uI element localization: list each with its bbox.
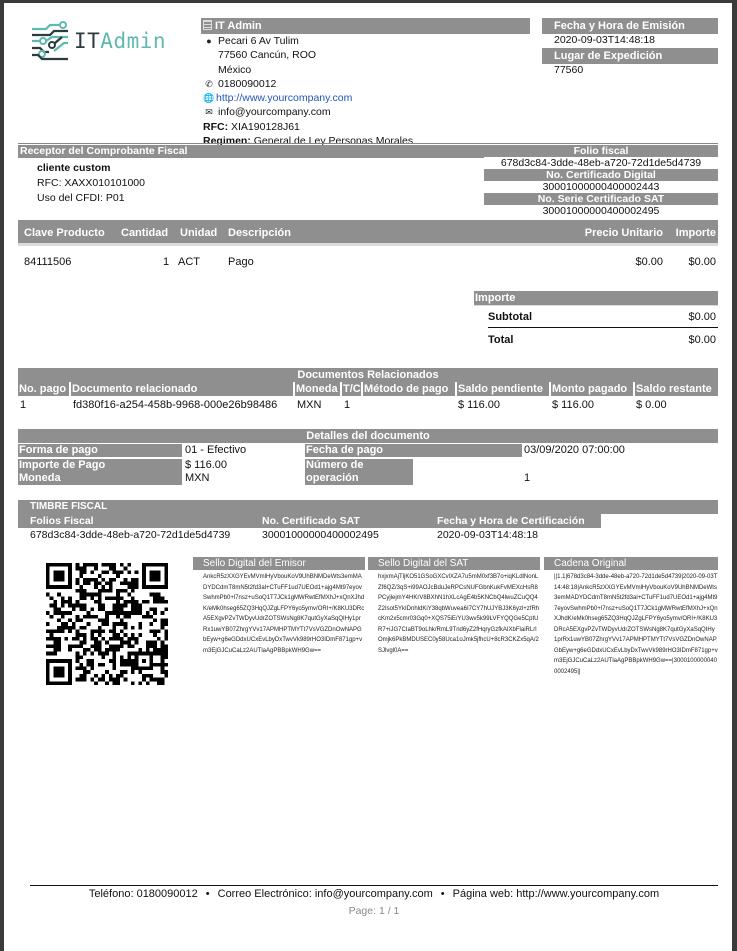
col-tc: T/C <box>342 382 361 396</box>
company-name-bar: IT Admin <box>201 18 530 34</box>
product-precio: $0.00 <box>635 252 663 272</box>
total-label: Total <box>488 334 513 346</box>
num-operacion-label: Número de operación <box>306 459 413 485</box>
product-clave: 84111506 <box>24 252 71 272</box>
col-saldo-restante: Saldo restante <box>635 382 718 396</box>
footer-separator: • <box>198 888 218 900</box>
building-icon <box>203 20 212 30</box>
phone-icon: ✆ <box>203 77 215 91</box>
footer-web: Página web: http://www.yourcompany.com <box>453 888 659 900</box>
circuit-logo-icon <box>30 21 72 63</box>
doc-moneda: MXN <box>297 397 321 413</box>
doc-tc: 1 <box>344 397 350 413</box>
doc-uuid: fd380f16-a254-458b-9968-000e26b98486 <box>73 397 277 413</box>
importe-moneda-label-bg: Importe de PagoMoneda <box>18 459 182 485</box>
fecha-pago: 03/09/2020 07:00:00 <box>524 444 625 457</box>
viewer-border <box>732 0 737 951</box>
receptor-uso-cfdi: Uso del CFDI: P01 <box>37 191 145 206</box>
sello-sat-text: hxjxmAjTljKO51GSoGXCvlXZA7u5mM0xf3B7o+iq… <box>368 570 540 656</box>
products-table-header: Clave Producto Cantidad Unidad Descripci… <box>18 220 718 246</box>
folio-fiscal-label: Folio fiscal <box>484 145 718 157</box>
serie-sat-label: No. Serie Certificado SAT <box>484 193 718 205</box>
subtotal-label: Subtotal <box>488 311 532 323</box>
company-name: IT Admin <box>215 20 262 32</box>
sello-emisor: Sello Digital del Emisor AnkcR5zXXGYEvMV… <box>193 557 365 656</box>
doc-monto-pagado: $ 116.00 <box>552 397 594 413</box>
receptor-name: cliente custom <box>37 162 111 174</box>
header-divider <box>18 143 718 144</box>
timbre-fiscal-title: TIMBRE FISCAL <box>18 500 718 514</box>
envelope-icon: ✉ <box>203 105 215 119</box>
globe-icon: 🌐 <box>203 91 215 105</box>
col-precio-unitario: Precio Unitario <box>585 220 663 246</box>
cert-digital-label: No. Certificado Digital <box>484 169 718 181</box>
forma-pago-label: Forma de pago <box>18 444 182 457</box>
expedition-place: 77560 <box>542 64 718 77</box>
serie-sat: 30001000000400002495 <box>484 205 718 217</box>
footer-contact: Teléfono: 0180090012•Correo Electrónico:… <box>30 887 718 902</box>
emision-block: Fecha y Hora de Emisión 2020-09-03T14:48… <box>542 18 718 78</box>
company-logo: ITAdmin <box>30 17 180 67</box>
tipo-cambio-label: Tipo de cambio <box>306 485 413 498</box>
map-marker-icon: ● <box>203 34 215 48</box>
company-country: México <box>215 63 251 77</box>
subtotal-value: $0.00 <box>688 306 716 328</box>
fecha-pago-label: Fecha de pago <box>305 444 522 457</box>
timbre-row: 678d3c84-3dde-48eb-a720-72d1de5d4739 300… <box>18 528 718 543</box>
col-documento: Documento relacionado <box>71 382 293 396</box>
subtotal-row: Subtotal $0.00 <box>488 306 718 328</box>
timbre-cert-label: No. Certificado SAT <box>262 514 360 528</box>
doc-no-pago: 1 <box>20 397 26 413</box>
company-address-line1: Pecari 6 Av Tulim <box>218 34 299 48</box>
cadena-original-text: ||1.1|678d3c84-3dde-48eb-a720-72d1de5d47… <box>544 570 718 677</box>
company-rfc-label: RFC: <box>203 120 228 134</box>
footer-divider <box>30 885 718 886</box>
page-number: Page: 1 / 1 <box>30 905 718 917</box>
company-email: info@yourcompany.com <box>218 105 331 119</box>
doc-saldo-restante: $ 0.00 <box>636 397 667 413</box>
company-rfc: XIA190128J61 <box>231 120 300 134</box>
forma-pago: 01 - Efectivo <box>185 444 246 457</box>
doc-saldo-pendiente: $ 116.00 <box>458 397 500 413</box>
product-importe: $0.00 <box>688 252 716 272</box>
total-value: $0.00 <box>688 329 716 351</box>
col-metodo-pago: Método de pago <box>363 382 455 396</box>
sello-sat-label: Sello Digital del SAT <box>368 557 540 570</box>
col-clave-producto: Clave Producto <box>24 220 105 246</box>
product-descripcion: Pago <box>228 252 254 272</box>
expedition-place-label: Lugar de Expedición <box>542 48 718 64</box>
related-docs-header: No. pago Documento relacionado Moneda T/… <box>18 382 718 396</box>
timbre-folio-label: Folios Fiscal <box>30 514 94 528</box>
timbre-fecha: 2020-09-03T14:48:18 <box>437 528 538 543</box>
timbre-header: Folios Fiscal No. Certificado SAT Fecha … <box>18 514 601 528</box>
receptor-details: cliente custom RFC: XAXX010101000 Uso de… <box>37 161 145 206</box>
moneda: MXN <box>185 472 209 485</box>
company-address-line2: 77560 Cancún, ROO <box>215 48 316 62</box>
col-monto-pagado: Monto pagado <box>551 382 633 396</box>
num-op-tipo-cambio-label-bg: Número de operaciónTipo de cambio <box>305 459 413 485</box>
company-phone: 0180090012 <box>218 77 276 91</box>
totals-title: Importe <box>474 291 718 306</box>
company-website-link[interactable]: http://www.yourcompany.com <box>216 91 352 105</box>
sello-emisor-label: Sello Digital del Emisor <box>193 557 365 570</box>
receptor-rfc: RFC: XAXX010101000 <box>37 176 145 191</box>
logo-part2: Admin <box>100 29 166 53</box>
importe-pago: $ 116.00 <box>185 459 227 472</box>
footer-email: Correo Electrónico: info@yourcompany.com <box>218 888 433 900</box>
total-row: Total $0.00 <box>488 329 718 351</box>
tipo-cambio: 1 <box>524 472 530 485</box>
logo-wordmark: ITAdmin <box>74 29 166 53</box>
table-row: 84111506 1 ACT Pago $0.00 $0.00 <box>18 252 718 272</box>
timbre-folio: 678d3c84-3dde-48eb-a720-72d1de5d4739 <box>30 528 230 543</box>
sello-sat: Sello Digital del SAT hxjxmAjTljKO51GSoG… <box>368 557 540 656</box>
fiscal-info-box: Folio fiscal 678d3c84-3dde-48eb-a720-72d… <box>484 145 718 217</box>
footer-phone: Teléfono: 0180090012 <box>89 888 198 900</box>
moneda-label: Moneda <box>19 472 182 485</box>
invoice-page: ITAdmin IT Admin ●Pecari 6 Av Tulim 7756… <box>4 3 732 951</box>
qr-code <box>46 563 168 685</box>
doc-details-title: Detalles del documento <box>18 429 718 443</box>
emision-date: 2020-09-03T14:48:18 <box>542 34 718 47</box>
col-cantidad: Cantidad <box>121 220 168 246</box>
table-row: 1 fd380f16-a254-458b-9968-000e26b98486 M… <box>18 397 718 413</box>
cert-digital: 30001000000400002443 <box>484 181 718 193</box>
sello-emisor-text: AnkcR5zXXGYEvMVmlHyVbouKoV9UhBNMDeWts3em… <box>193 570 365 656</box>
logo-part1: IT <box>74 29 100 53</box>
footer-separator: • <box>433 888 453 900</box>
col-no-pago: No. pago <box>18 382 69 396</box>
col-unidad: Unidad <box>180 220 217 246</box>
col-saldo-pendiente: Saldo pendiente <box>457 382 549 396</box>
product-cantidad: 1 <box>163 252 169 272</box>
product-unidad: ACT <box>178 252 200 272</box>
col-importe: Importe <box>676 220 716 246</box>
related-docs-title: Documentos Relacionados <box>18 368 718 382</box>
folio-fiscal: 678d3c84-3dde-48eb-a720-72d1de5d4739 <box>484 157 718 169</box>
timbre-fecha-label: Fecha y Hora de Certificación <box>437 514 585 528</box>
emision-date-label: Fecha y Hora de Emisión <box>542 18 718 34</box>
cadena-original: Cadena Original ||1.1|678d3c84-3dde-48eb… <box>544 557 718 677</box>
col-descripcion: Descripción <box>228 220 291 246</box>
importe-pago-label: Importe de Pago <box>19 459 182 472</box>
cadena-original-label: Cadena Original <box>544 557 718 570</box>
col-moneda: Moneda <box>295 382 340 396</box>
timbre-cert: 30001000000400002495 <box>262 528 379 543</box>
company-details: ●Pecari 6 Av Tulim 77560 Cancún, ROO Méx… <box>203 34 413 148</box>
